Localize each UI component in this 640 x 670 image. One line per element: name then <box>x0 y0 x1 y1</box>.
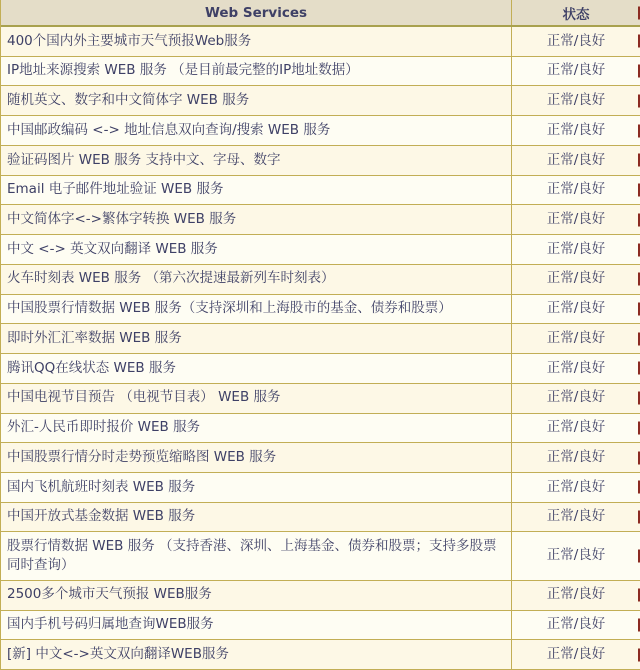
service-status: 正常/良好 <box>512 235 640 264</box>
table-row: 中文 <-> 英文双向翻译 WEB 服务 正常/良好 <box>1 235 640 265</box>
service-status: 正常/良好 <box>512 324 640 353</box>
table-row: 验证码图片 WEB 服务 支持中文、字母、数字 正常/良好 <box>1 146 640 176</box>
table-row: 中国股票行情分时走势预览缩略图 WEB 服务 正常/良好 <box>1 443 640 473</box>
service-status: 正常/良好 <box>512 354 640 383</box>
service-status: 正常/良好 <box>512 27 640 56</box>
service-status: 正常/良好 <box>512 86 640 115</box>
service-status: 正常/良好 <box>512 116 640 145</box>
web-services-status-table: Web Services 状态 400个国内外主要城市天气预报Web服务 正常/… <box>0 0 640 670</box>
table-row: 中文简体字<->繁体字转换 WEB 服务 正常/良好 <box>1 205 640 235</box>
service-name: 中国股票行情数据 WEB 服务（支持深圳和上海股市的基金、债券和股票） <box>1 295 512 324</box>
service-name: 验证码图片 WEB 服务 支持中文、字母、数字 <box>1 146 512 175</box>
service-name: 中国股票行情分时走势预览缩略图 WEB 服务 <box>1 443 512 472</box>
service-status: 正常/良好 <box>512 146 640 175</box>
service-name: 随机英文、数字和中文简体字 WEB 服务 <box>1 86 512 115</box>
table-row: 中国开放式基金数据 WEB 服务 正常/良好 <box>1 503 640 533</box>
table-row: 中国股票行情数据 WEB 服务（支持深圳和上海股市的基金、债券和股票） 正常/良… <box>1 295 640 325</box>
table-row: 腾讯QQ在线状态 WEB 服务 正常/良好 <box>1 354 640 384</box>
service-name: 外汇-人民币即时报价 WEB 服务 <box>1 414 512 443</box>
table-row: 外汇-人民币即时报价 WEB 服务 正常/良好 <box>1 414 640 444</box>
service-status: 正常/良好 <box>512 532 640 579</box>
service-status: 正常/良好 <box>512 640 640 669</box>
table-row: 400个国内外主要城市天气预报Web服务 正常/良好 <box>1 27 640 57</box>
service-status: 正常/良好 <box>512 205 640 234</box>
table-row: 中国邮政编码 <-> 地址信息双向查询/搜索 WEB 服务 正常/良好 <box>1 116 640 146</box>
service-status: 正常/良好 <box>512 265 640 294</box>
service-status: 正常/良好 <box>512 57 640 86</box>
table-row: 国内飞机航班时刻表 WEB 服务 正常/良好 <box>1 473 640 503</box>
service-name: 中国电视节目预告 （电视节目表） WEB 服务 <box>1 384 512 413</box>
table-header-row: Web Services 状态 <box>1 0 640 27</box>
service-status: 正常/良好 <box>512 611 640 640</box>
service-name: 中国邮政编码 <-> 地址信息双向查询/搜索 WEB 服务 <box>1 116 512 145</box>
service-status: 正常/良好 <box>512 443 640 472</box>
column-header-status: 状态 <box>512 0 640 25</box>
table-row: 2500多个城市天气预报 WEB服务 正常/良好 <box>1 581 640 611</box>
column-header-web-services: Web Services <box>1 0 512 25</box>
service-name: 国内飞机航班时刻表 WEB 服务 <box>1 473 512 502</box>
service-name: 400个国内外主要城市天气预报Web服务 <box>1 27 512 56</box>
table-row: 股票行情数据 WEB 服务 （支持香港、深圳、上海基金、债券和股票；支持多股票同… <box>1 532 640 580</box>
service-name: 腾讯QQ在线状态 WEB 服务 <box>1 354 512 383</box>
service-status: 正常/良好 <box>512 414 640 443</box>
service-name: 中国开放式基金数据 WEB 服务 <box>1 503 512 532</box>
table-row: 即时外汇汇率数据 WEB 服务 正常/良好 <box>1 324 640 354</box>
service-status: 正常/良好 <box>512 473 640 502</box>
service-name: [新] 中文<->英文双向翻译WEB服务 <box>1 640 512 669</box>
table-row: 国内手机号码归属地查询WEB服务 正常/良好 <box>1 611 640 641</box>
service-status: 正常/良好 <box>512 295 640 324</box>
table-row: 随机英文、数字和中文简体字 WEB 服务 正常/良好 <box>1 86 640 116</box>
service-name: IP地址来源搜索 WEB 服务 （是目前最完整的IP地址数据） <box>1 57 512 86</box>
service-name: 国内手机号码归属地查询WEB服务 <box>1 611 512 640</box>
service-status: 正常/良好 <box>512 176 640 205</box>
service-status: 正常/良好 <box>512 384 640 413</box>
table-row: IP地址来源搜索 WEB 服务 （是目前最完整的IP地址数据） 正常/良好 <box>1 57 640 87</box>
table-row: Email 电子邮件地址验证 WEB 服务 正常/良好 <box>1 176 640 206</box>
service-name: 中文 <-> 英文双向翻译 WEB 服务 <box>1 235 512 264</box>
service-name: 即时外汇汇率数据 WEB 服务 <box>1 324 512 353</box>
service-status: 正常/良好 <box>512 581 640 610</box>
service-name: 2500多个城市天气预报 WEB服务 <box>1 581 512 610</box>
table-row: [新] 中文<->英文双向翻译WEB服务 正常/良好 <box>1 640 640 670</box>
table-row: 火车时刻表 WEB 服务 （第六次提速最新列车时刻表） 正常/良好 <box>1 265 640 295</box>
service-name: Email 电子邮件地址验证 WEB 服务 <box>1 176 512 205</box>
service-name: 股票行情数据 WEB 服务 （支持香港、深圳、上海基金、债券和股票；支持多股票同… <box>1 532 512 579</box>
service-status: 正常/良好 <box>512 503 640 532</box>
service-name: 火车时刻表 WEB 服务 （第六次提速最新列车时刻表） <box>1 265 512 294</box>
table-row: 中国电视节目预告 （电视节目表） WEB 服务 正常/良好 <box>1 384 640 414</box>
service-name: 中文简体字<->繁体字转换 WEB 服务 <box>1 205 512 234</box>
table-body: 400个国内外主要城市天气预报Web服务 正常/良好 IP地址来源搜索 WEB … <box>1 27 640 670</box>
